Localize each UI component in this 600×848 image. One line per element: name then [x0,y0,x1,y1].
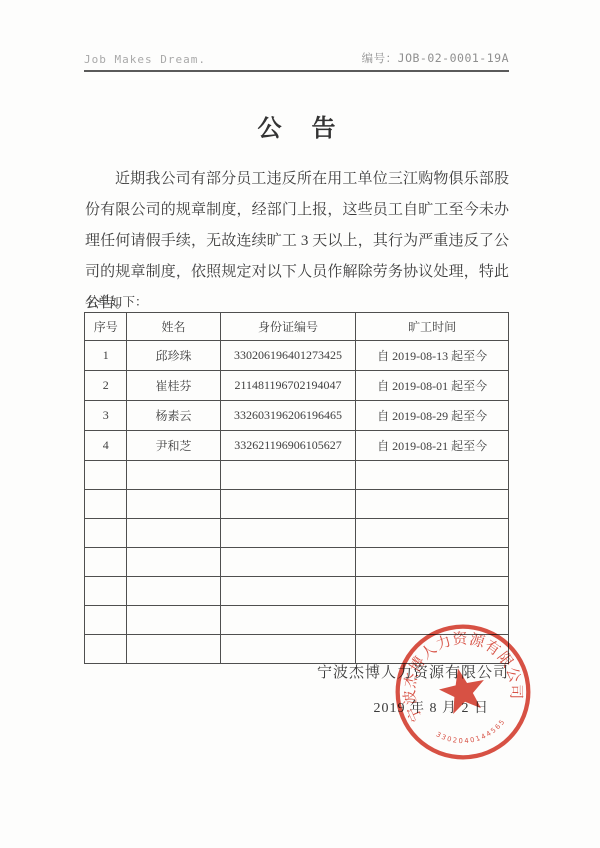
table-row: 3 杨素云 332603196206196465 自 2019-08-29 起至… [85,401,509,431]
cell-name: 尹和芝 [127,431,220,461]
cell-name: 崔桂芬 [127,371,220,401]
table-row: 1 邱珍珠 330206196401273425 自 2019-08-13 起至… [85,341,509,371]
cell-name: 杨素云 [127,401,220,431]
seal-number-text: 3302040144565 [433,716,510,752]
cell-id: 332621196906105627 [220,431,356,461]
empty-cell [220,519,356,548]
cell-name: 邱珍珠 [127,341,220,371]
cell-absence: 自 2019-08-21 起至今 [356,431,509,461]
table-empty-row [85,635,509,664]
table-empty-row [85,490,509,519]
cell-index: 2 [85,371,127,401]
table-empty-row [85,519,509,548]
cell-id: 330206196401273425 [220,341,356,371]
col-header-id: 身份证编号 [220,313,356,341]
notice-title: 公 告 [84,108,509,143]
signature-company: 宁波杰博人力资源有限公司 [84,661,509,682]
cell-id: 211481196702194047 [220,371,356,401]
cell-index: 4 [85,431,127,461]
empty-cell [127,461,220,490]
cell-id: 332603196206196465 [220,401,356,431]
col-header-index: 序号 [85,313,127,341]
empty-cell [356,635,509,664]
list-intro: 名单如下： [85,292,148,310]
cell-index: 3 [85,401,127,431]
col-header-name: 姓名 [127,313,220,341]
empty-cell [356,461,509,490]
table-header-row: 序号 姓名 身份证编号 旷工时间 [85,313,509,341]
notice-body: 近期我公司有部分员工违反所在用工单位三江购物俱乐部股份有限公司的规章制度，经部门… [85,164,509,319]
table-row: 2 崔桂芬 211481196702194047 自 2019-08-01 起至… [85,371,509,401]
dismissal-roster-table: 序号 姓名 身份证编号 旷工时间 1 邱珍珠 33020619640127342… [84,312,509,664]
col-header-absence: 旷工时间 [356,313,509,341]
empty-cell [356,548,509,577]
empty-cell [127,490,220,519]
empty-cell [220,635,356,664]
empty-cell [127,606,220,635]
empty-cell [220,577,356,606]
cell-absence: 自 2019-08-01 起至今 [356,371,509,401]
empty-cell [85,461,127,490]
empty-cell [220,548,356,577]
table-empty-row [85,577,509,606]
empty-cell [127,577,220,606]
letterhead: Job Makes Dream. 编号：JOB-02-0001-19A [84,50,509,72]
table-empty-row [85,461,509,490]
table-empty-row [85,606,509,635]
empty-cell [356,519,509,548]
table-empty-row [85,548,509,577]
notice-document: Job Makes Dream. 编号：JOB-02-0001-19A 公 告 … [0,0,600,848]
empty-cell [85,519,127,548]
empty-cell [127,548,220,577]
document-number-label: 编号： [362,51,398,65]
table-row: 4 尹和芝 332621196906105627 自 2019-08-21 起至… [85,431,509,461]
empty-cell [356,577,509,606]
empty-cell [127,635,220,664]
empty-cell [220,461,356,490]
empty-cell [85,635,127,664]
empty-cell [356,490,509,519]
document-number: 编号：JOB-02-0001-19A [362,50,509,66]
letterhead-slogan: Job Makes Dream. [84,53,206,66]
empty-cell [356,606,509,635]
cell-absence: 自 2019-08-29 起至今 [356,401,509,431]
signature-date: 2019 年 8 月 2 日 [84,697,489,717]
cell-absence: 自 2019-08-13 起至今 [356,341,509,371]
empty-cell [127,519,220,548]
empty-cell [85,577,127,606]
document-number-value: JOB-02-0001-19A [398,51,509,65]
empty-cell [85,548,127,577]
empty-cell [85,606,127,635]
empty-cell [220,490,356,519]
empty-cell [220,606,356,635]
empty-cell [85,490,127,519]
cell-index: 1 [85,341,127,371]
